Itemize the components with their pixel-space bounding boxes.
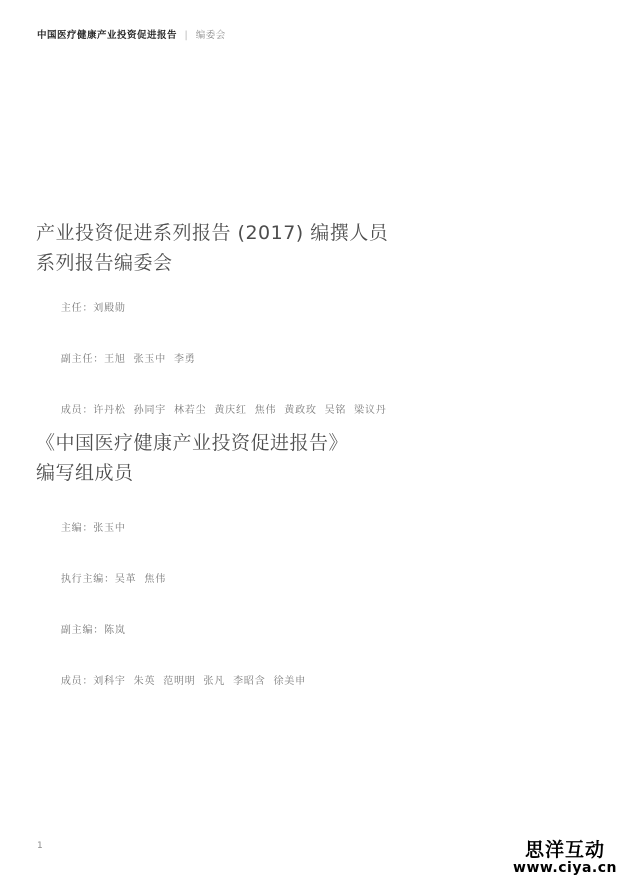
committee-member-list: 主任：刘殿勋 副主任：王旭 张玉中 李勇 成员：许丹松 孙同宇 林若尘 黄庆红 …: [37, 292, 387, 427]
section-title-line: 《中国医疗健康产业投资促进报告》: [36, 428, 348, 458]
page-number: 1: [37, 841, 43, 851]
document-page: 中国医疗健康产业投资促进报告 | 编委会 产业投资促进系列报告 (2017) 编…: [0, 0, 620, 877]
row-label: 执行主编：: [61, 574, 115, 585]
person-row-executive-editors: 执行主编：吴革 焦伟: [37, 563, 306, 596]
person-row-members: 成员：许丹松 孙同宇 林若尘 黄庆红 焦伟 黄政玫 吴铭 梁议丹: [37, 394, 387, 427]
section-title-writing-group: 《中国医疗健康产业投资促进报告》 编写组成员: [36, 428, 348, 488]
row-value: 刘殿勋: [93, 303, 125, 314]
row-value: 吴革 焦伟: [115, 574, 166, 585]
header-divider: |: [185, 30, 189, 41]
row-label: 成员：: [61, 405, 93, 416]
row-label: 主编：: [61, 523, 93, 534]
section-title-line: 系列报告编委会: [36, 248, 388, 278]
watermark: 思洋互动 www.ciya.cn: [513, 841, 617, 875]
section-title-editorial-committee: 产业投资促进系列报告 (2017) 编撰人员 系列报告编委会: [36, 218, 388, 278]
row-label: 副主任：: [61, 354, 104, 365]
row-label: 成员：: [61, 676, 93, 687]
header-doc-title: 中国医疗健康产业投资促进报告: [37, 30, 177, 41]
watermark-url: www.ciya.cn: [513, 861, 617, 875]
row-value: 刘科宇 朱英 范明明 张凡 李昭含 徐美申: [93, 676, 306, 687]
writing-group-member-list: 主编：张玉中 执行主编：吴革 焦伟 副主编：陈岚 成员：刘科宇 朱英 范明明 张…: [37, 512, 306, 698]
row-value: 张玉中: [93, 523, 125, 534]
header-section-label: 编委会: [196, 30, 226, 41]
row-value: 许丹松 孙同宇 林若尘 黄庆红 焦伟 黄政玫 吴铭 梁议丹: [93, 405, 386, 416]
person-row-chief-editor: 主编：张玉中: [37, 512, 306, 545]
person-row-director: 主任：刘殿勋: [37, 292, 387, 325]
row-label: 主任：: [61, 303, 93, 314]
watermark-brand-name: 思洋互动: [513, 841, 617, 860]
row-label: 副主编：: [61, 625, 104, 636]
person-row-deputy-editor: 副主编：陈岚: [37, 614, 306, 647]
section-title-line: 编写组成员: [36, 458, 348, 488]
running-header: 中国医疗健康产业投资促进报告 | 编委会: [37, 27, 226, 41]
row-value: 陈岚: [104, 625, 126, 636]
person-row-deputy-directors: 副主任：王旭 张玉中 李勇: [37, 343, 387, 376]
row-value: 王旭 张玉中 李勇: [104, 354, 196, 365]
person-row-members: 成员：刘科宇 朱英 范明明 张凡 李昭含 徐美申: [37, 665, 306, 698]
section-title-line: 产业投资促进系列报告 (2017) 编撰人员: [36, 218, 388, 248]
